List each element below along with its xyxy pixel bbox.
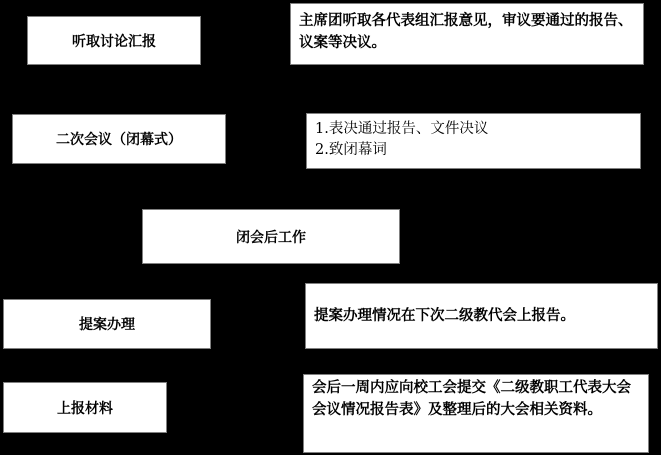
step-description-second-meeting: 1.表决通过报告、文件决议 2.致闭幕词: [306, 113, 641, 169]
step-label: 听取讨论汇报: [72, 31, 156, 51]
step-description-report-materials: 会后一周内应向校工会提交《二级教职工代表大会会议情况报告表》及整理后的大会相关资…: [303, 374, 649, 453]
step-description-listen-report: 主席团听取各代表组汇报意见，审议要通过的报告、议案等决议。: [290, 3, 644, 65]
step-box-after-meeting: 闭会后工作: [142, 209, 400, 264]
step-label: 提案办理: [79, 314, 135, 334]
step-description-proposal-handling: 提案办理情况在下次二级教代会上报告。: [305, 283, 658, 349]
step-label: 上报材料: [57, 398, 113, 418]
step-box-report-materials: 上报材料: [3, 382, 167, 433]
step-label: 闭会后工作: [236, 227, 306, 247]
description-text: 会后一周内应向校工会提交《二级教职工代表大会会议情况报告表》及整理后的大会相关资…: [312, 380, 631, 418]
description-line-1: 1.表决通过报告、文件决议: [315, 119, 632, 140]
description-text: 提案办理情况在下次二级教代会上报告。: [314, 305, 575, 327]
step-label: 二次会议（闭幕式）: [56, 129, 182, 149]
description-line-2: 2.致闭幕词: [315, 140, 632, 161]
description-text: 主席团听取各代表组汇报意见，审议要通过的报告、议案等决议。: [299, 13, 633, 51]
step-box-second-meeting: 二次会议（闭幕式）: [12, 114, 226, 164]
step-box-proposal-handling: 提案办理: [3, 299, 211, 349]
step-box-listen-report: 听取讨论汇报: [27, 16, 201, 65]
